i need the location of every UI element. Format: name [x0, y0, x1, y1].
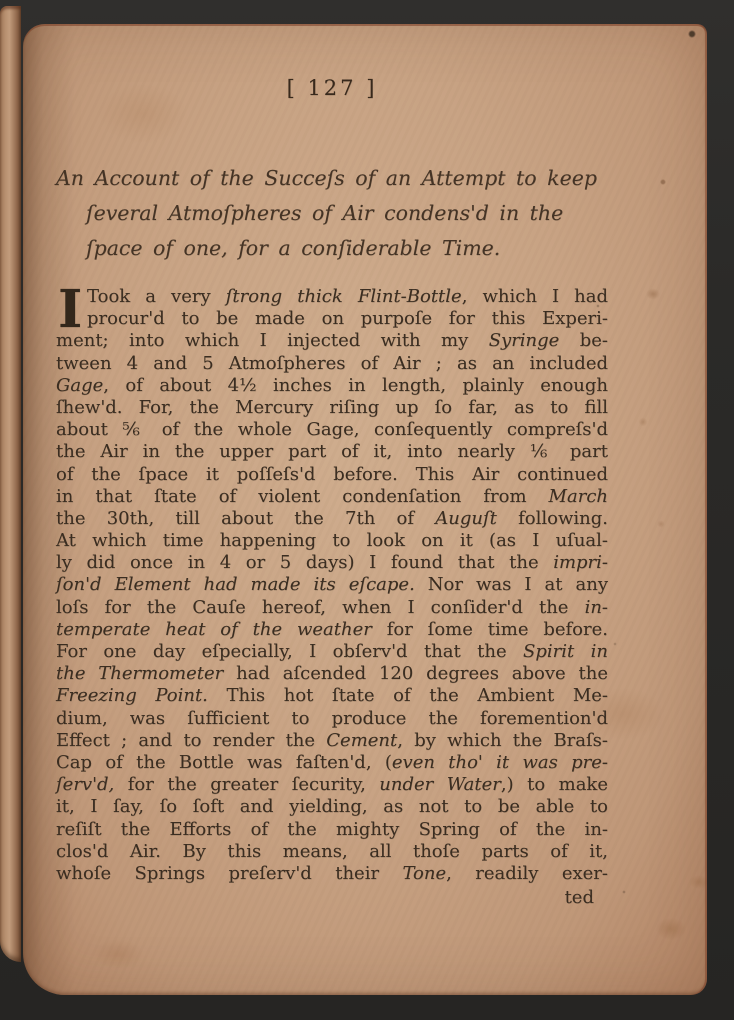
text-line: of the ſpace it poſſeſs'd before. This A…	[56, 464, 608, 486]
text-line: the 30th, till about the 7th of Auguſt f…	[56, 508, 608, 530]
text-line: clos'd Air. By this means, all thoſe par…	[56, 841, 608, 863]
body-text: I Took a very ſtrong thick Flint-Bottle,…	[56, 286, 608, 885]
text-line: ſon'd Element had made its eſcape. Nor w…	[56, 574, 608, 596]
text-line: Gage, of about 4½ inches in length, plai…	[56, 375, 608, 397]
book-page: [ 127 ] An Account of the Succeſs of an …	[23, 24, 707, 995]
heading-line: ſpace of one, for a conſiderable Time.	[56, 231, 616, 266]
text-line: tween 4 and 5 Atmoſpheres of Air ; as an…	[56, 353, 608, 375]
adjacent-page-edge	[0, 6, 21, 962]
text-line: temperate heat of the weather for ſome t…	[56, 619, 608, 641]
text-line: Effect ; and to render the Cement, by wh…	[56, 730, 608, 752]
text-line: whoſe Springs preſerv'd their Tone, read…	[56, 863, 608, 885]
text-line: reſiſt the Efforts of the mighty Spring …	[56, 819, 608, 841]
text-line: ment; into which I injected with my Syri…	[56, 330, 608, 352]
text-line: procur'd to be made on purpoſe for this …	[56, 308, 608, 330]
text-line: about ⅚ of the whole Gage, conſequently …	[56, 419, 608, 441]
text-line: At which time happening to look on it (a…	[56, 530, 608, 552]
text-line: ly did once in 4 or 5 days) I found that…	[56, 552, 608, 574]
text-line: loſs for the Cauſe hereof, when I conſid…	[56, 597, 608, 619]
text-line: the Thermometer had aſcended 120 degrees…	[56, 663, 608, 685]
text-line: it, I ſay, ſo ſoft and yielding, as not …	[56, 796, 608, 818]
body-lines: Took a very ſtrong thick Flint-Bottle, w…	[56, 286, 608, 885]
page-number: [ 127 ]	[56, 76, 608, 100]
text-line: the Air in the upper part of it, into ne…	[56, 441, 608, 463]
heading-line: An Account of the Succeſs of an Attempt …	[56, 161, 616, 196]
heading-line: ſeveral Atmoſpheres of Air condens'd in …	[56, 196, 616, 231]
text-line: For one day eſpecially, I obſerv'd that …	[56, 641, 608, 663]
text-line: ſhew'd. For, the Mercury riſing up ſo fa…	[56, 397, 608, 419]
text-line: Freezing Point. This hot ſtate of the Am…	[56, 685, 608, 707]
text-line: Cap of the Bottle was faſten'd, (even th…	[56, 752, 608, 774]
catchword: ted	[56, 887, 608, 908]
book-scan: [ 127 ] An Account of the Succeſs of an …	[0, 0, 734, 1020]
text-line: in that ſtate of violent condenſation fr…	[56, 486, 608, 508]
text-line: Took a very ſtrong thick Flint-Bottle, w…	[56, 286, 608, 308]
text-line: dium, was ſufficient to produce the fore…	[56, 708, 608, 730]
article-title: An Account of the Succeſs of an Attempt …	[56, 161, 616, 266]
text-line: ſerv'd, for the greater ſecurity, under …	[56, 774, 608, 796]
drop-cap: I	[58, 287, 82, 333]
